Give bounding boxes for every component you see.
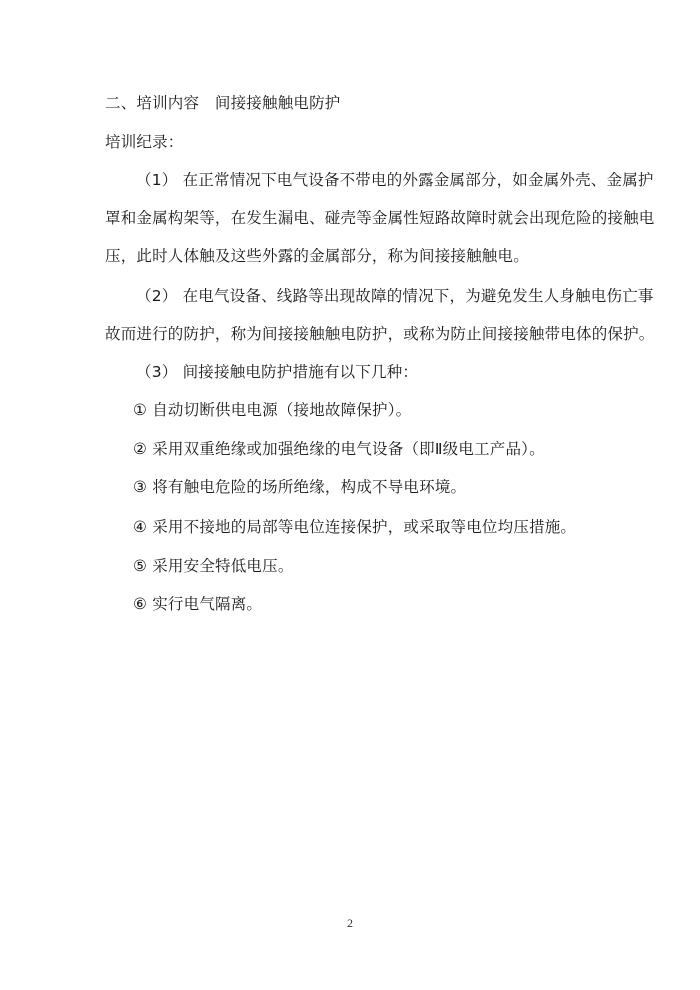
paragraph-line: 压，此时人体触及这些外露的金属部分，称为间接接触触电。 xyxy=(105,246,529,266)
measure-item: ② 采用双重绝缘或加强绝缘的电气设备（即Ⅱ级电工产品）。 xyxy=(133,439,545,459)
document-page: 二、培训内容 间接接触触电防护 培训纪录： （1） 在正常情况下电气设备不带电的… xyxy=(0,0,700,990)
paragraph-line: （3） 间接接触电防护措施有以下几种： xyxy=(136,362,418,382)
paragraph-line: （2） 在电气设备、线路等出现故障的情况下，为避免发生人身触电伤亡事 xyxy=(136,286,597,306)
measure-item: ④ 采用不接地的局部等电位连接保护，或采取等电位均压措施。 xyxy=(133,517,576,537)
measure-item: ① 自动切断供电电源（接地故障保护）。 xyxy=(133,400,411,420)
measure-item: ③ 将有触电危险的场所绝缘，构成不导电环境。 xyxy=(133,477,466,497)
record-label: 培训纪录： xyxy=(105,132,184,152)
page-number: 2 xyxy=(0,916,700,931)
measure-item: ⑤ 采用安全特低电压。 xyxy=(133,556,294,576)
paragraph-line: 罩和金属构架等，在发生漏电、碰壳等金属性短路故障时就会出现危险的接触电 xyxy=(105,208,597,228)
paragraph-line: 故而进行的防护，称为间接接触触电防护，或称为防止间接接触带电体的保护。 xyxy=(105,324,597,344)
measure-item: ⑥ 实行电气隔离。 xyxy=(133,594,262,614)
paragraph-line: （1） 在正常情况下电气设备不带电的外露金属部分，如金属外壳、金属护 xyxy=(136,170,597,190)
section-heading: 二、培训内容 间接接触触电防护 xyxy=(105,93,341,113)
